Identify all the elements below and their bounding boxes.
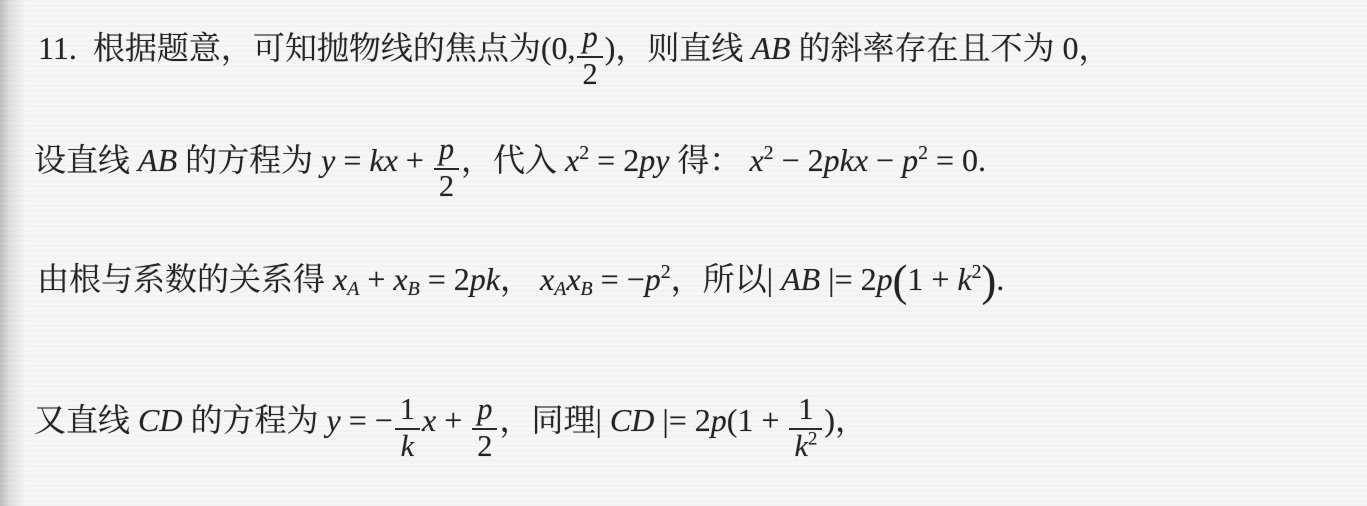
- fraction-denominator: 2: [434, 168, 459, 203]
- math-roman: .: [996, 261, 1004, 297]
- math-variable: AB: [781, 261, 820, 297]
- math-subscript: B: [581, 278, 593, 300]
- math-roman: +: [398, 142, 432, 178]
- math-fraction: p2: [434, 134, 459, 203]
- math-fraction: 1k2: [789, 394, 822, 463]
- solution-line-2: 设直线 AB 的方程为 y = kx + p2，代入 x2 = 2py 得： x…: [34, 134, 986, 203]
- fraction-denominator: k: [395, 428, 420, 463]
- fraction-numerator: p: [577, 22, 602, 56]
- math-superscript: 2: [808, 429, 817, 450]
- math-variable: k: [957, 261, 971, 297]
- math-variable: p: [711, 402, 727, 438]
- problem-number: 11.: [38, 30, 93, 66]
- math-variable: p: [582, 20, 597, 54]
- math-variable: x: [393, 261, 407, 297]
- math-variable: CD: [610, 402, 654, 438]
- solution-line-1: 11. 根据题意，可知抛物线的焦点为(0,p2)，则直线 AB 的斜率存在且不为…: [38, 22, 1110, 91]
- math-superscript: 2: [972, 261, 982, 283]
- math-roman: +: [359, 261, 393, 297]
- math-superscript: 2: [764, 142, 774, 164]
- math-roman: 0: [1062, 30, 1078, 66]
- math-roman: |= 2: [820, 261, 876, 297]
- math-variable: k: [401, 429, 415, 463]
- math-variable: y: [326, 402, 340, 438]
- math-roman: 1 +: [907, 261, 957, 297]
- math-roman: |: [767, 261, 781, 297]
- math-roman: −: [868, 142, 902, 178]
- math-paren: (: [893, 256, 908, 305]
- math-roman: = 2: [420, 261, 470, 297]
- math-fraction: p2: [577, 22, 602, 91]
- math-variable: AB: [751, 30, 790, 66]
- math-roman: =: [335, 142, 369, 178]
- math-roman: = 0.: [928, 142, 986, 178]
- text-run: ，同理: [499, 402, 595, 438]
- math-variable: AB: [138, 142, 177, 178]
- math-variable: x: [422, 402, 436, 438]
- solution-line-3: 由根与系数的关系得 xA + xB = 2pk， xAxB = −p2，所以| …: [37, 259, 1004, 299]
- fraction-numerator: p: [434, 134, 459, 168]
- text-run: 又直线: [34, 402, 138, 438]
- math-superscript: 2: [579, 142, 589, 164]
- math-variable: x: [566, 261, 580, 297]
- text-run: 由根与系数的关系得: [37, 261, 333, 297]
- text-run: 得：: [669, 142, 749, 178]
- math-roman: |: [595, 402, 609, 438]
- math-roman: = −: [341, 402, 393, 438]
- math-superscript: 2: [918, 142, 928, 164]
- text-run: ，则直线: [615, 30, 751, 66]
- math-variable: x: [540, 261, 554, 297]
- math-paren: ): [982, 256, 997, 305]
- text-run: 根据题意，可知抛物线的焦点为: [93, 30, 541, 66]
- fraction-numerator: 1: [395, 394, 420, 428]
- math-variable: y: [321, 142, 335, 178]
- solution-line-4: 又直线 CD 的方程为 y = −1kx + p2，同理| CD |= 2p(1…: [34, 394, 867, 463]
- math-roman: 1: [400, 392, 415, 426]
- math-variable: p: [877, 261, 893, 297]
- text-run: 的斜率存在且不为: [790, 30, 1062, 66]
- math-subscript: A: [554, 278, 566, 300]
- fraction-denominator: k2: [789, 428, 822, 463]
- math-variable: CD: [138, 402, 182, 438]
- math-roman: = 2: [589, 142, 639, 178]
- math-variable: p: [902, 142, 918, 178]
- math-variable: x: [333, 261, 347, 297]
- text-run: ，: [1078, 30, 1110, 66]
- document-page: 11. 根据题意，可知抛物线的焦点为(0,p2)，则直线 AB 的斜率存在且不为…: [0, 0, 1367, 506]
- math-roman: ): [824, 402, 835, 438]
- math-roman: 1: [798, 392, 813, 426]
- math-roman: (1 +: [727, 402, 788, 438]
- fraction-denominator: 2: [472, 428, 497, 463]
- scan-edge-shadow: [0, 0, 26, 506]
- math-roman: ): [605, 30, 616, 66]
- math-variable: pk: [470, 261, 500, 297]
- math-variable: py: [639, 142, 669, 178]
- fraction-denominator: 2: [577, 56, 602, 91]
- math-fraction: p2: [472, 394, 497, 463]
- math-variable: pkx: [824, 142, 868, 178]
- text-run: ，: [500, 261, 540, 297]
- math-variable: k: [794, 429, 808, 463]
- math-roman: |= 2: [654, 402, 710, 438]
- text-run: 设直线: [34, 142, 138, 178]
- math-variable: p: [645, 261, 661, 297]
- text-run: ，代入: [461, 142, 565, 178]
- math-variable: p: [477, 392, 492, 426]
- fraction-numerator: 1: [789, 394, 822, 428]
- math-subscript: A: [347, 278, 359, 300]
- math-roman: (0,: [541, 30, 576, 66]
- text-run: ，: [835, 402, 867, 438]
- math-roman: − 2: [774, 142, 824, 178]
- math-roman: 2: [582, 57, 597, 91]
- math-variable: p: [439, 132, 454, 166]
- math-fraction: 1k: [395, 394, 420, 463]
- math-roman: 2: [477, 429, 492, 463]
- fraction-numerator: p: [472, 394, 497, 428]
- text-run: ，所以: [671, 261, 767, 297]
- math-subscript: B: [408, 278, 420, 300]
- math-variable: x: [565, 142, 579, 178]
- math-roman: 2: [439, 169, 454, 203]
- math-roman: +: [436, 402, 470, 438]
- text-run: 的方程为: [177, 142, 321, 178]
- math-variable: x: [749, 142, 763, 178]
- math-roman: = −: [593, 261, 645, 297]
- text-run: 的方程为: [182, 402, 326, 438]
- math-variable: kx: [369, 142, 397, 178]
- math-superscript: 2: [661, 261, 671, 283]
